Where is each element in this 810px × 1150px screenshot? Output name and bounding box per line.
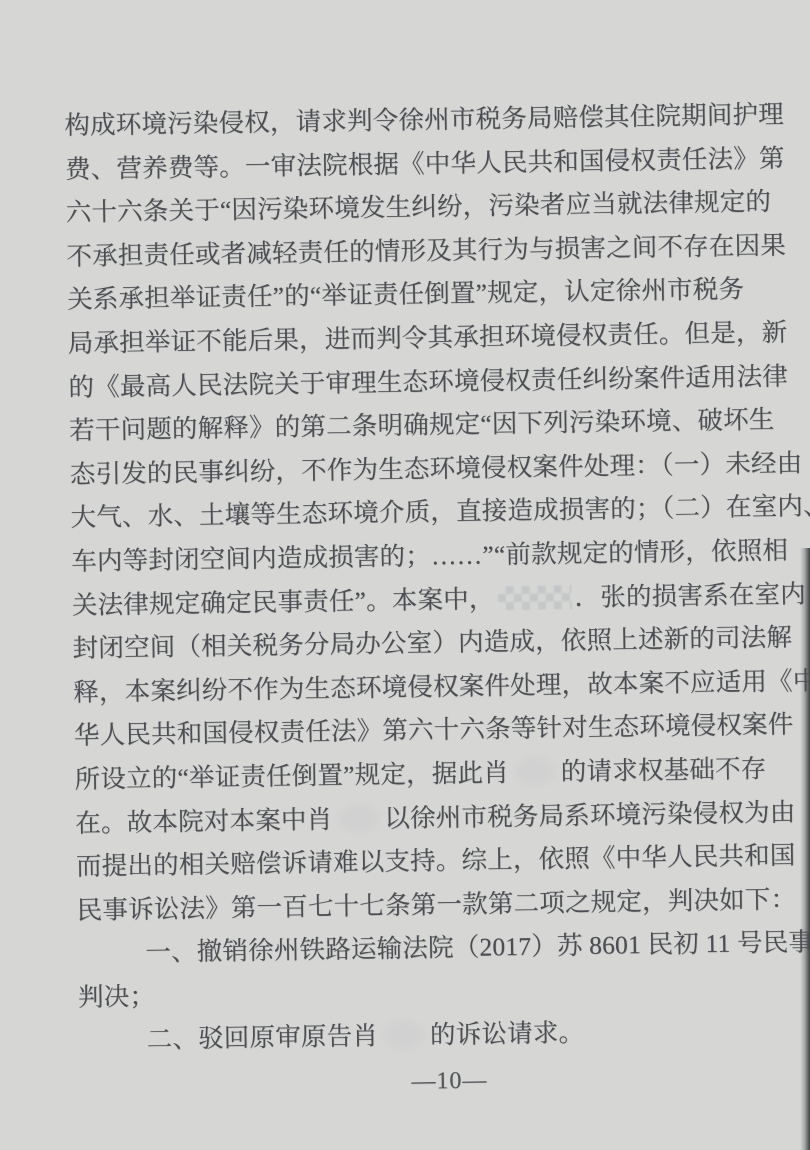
text-segment: 关法律规定确定民事责任”。本案中， — [72, 584, 495, 620]
text-segment: ．张的损害系在室内 — [574, 579, 806, 612]
text-segment: 局承担举证不能后果，进而判令其承担环境侵权责任。但是，新 — [68, 318, 788, 358]
text-segment: 态引发的民事纠纷，不作为生态环境侵权案件处理：（一）未经由 — [70, 448, 803, 489]
text-segment: 华人民共和国侵权责任法》第六十六条等针对生态环境侵权案件 — [74, 710, 794, 750]
text-segment: 构成环境污染侵权，请求判令徐州市税务局赔偿其住院期间护理 — [64, 100, 784, 140]
redacted-name-mosaic — [497, 585, 571, 610]
text-segment: 关系承担举证责任”的“举证责任倒置”规定，认定徐州市税务 — [67, 275, 744, 315]
text-segment: 所设立的“举证责任倒置”规定，据此肖 — [74, 758, 509, 794]
text-segment: 的请求权基础不存 — [561, 754, 767, 786]
text-segment: 的诉讼请求。 — [430, 1018, 585, 1049]
text-segment: 不承担责任或者减轻责任的情形及其行为与损害之间不存在因果 — [66, 230, 786, 270]
text-segment: 而提出的相关赔偿诉请难以支持。综上，依照《中华人民共和国 — [76, 841, 796, 881]
text-segment: 大气、水、土壤等生态环境介质，直接造成损害的；（二）在室内、 — [70, 491, 810, 532]
text-segment: 二、驳回原审原告肖 — [146, 1022, 378, 1055]
text-segment: 民事诉讼法》第一百七十七条第一款第二项之规定，判决如下： — [76, 884, 796, 924]
text-segment: 若干问题的解释》的第二条明确规定“因下列污染环境、破坏生 — [69, 405, 775, 445]
document-page: 构成环境污染侵权，请求判令徐州市税务局赔偿其住院期间护理费、营养费等。一审法院根… — [0, 0, 810, 1150]
text-segment: 释，本案纠纷不作为生态环境侵权案件处理，故本案不应适用《中 — [73, 666, 810, 707]
text-segment: 六十六条关于“因污染环境发生纠纷，污染者应当就法律规定的 — [65, 187, 771, 227]
text-segment: 在。故本院对本案中肖 — [75, 804, 332, 837]
redacted-name-blur — [333, 799, 384, 838]
text-segment: 封闭空间（相关税务分局办公室）内造成，依照上述新的司法解 — [72, 623, 792, 663]
page-number: —10— — [79, 1058, 810, 1104]
document-body: 构成环境污染侵权，请求判令徐州市税务局赔偿其住院期间护理费、营养费等。一审法院根… — [64, 92, 810, 1104]
text-segment: 一、撤销徐州铁路运输法院（2017）苏 8601 民初 11 号民事 — [145, 928, 810, 968]
text-segment: 费、营养费等。一审法院根据《中华人民共和国侵权责任法》第 — [65, 143, 785, 183]
text-segment: 以徐州市税务局系环境污染侵权为由 — [384, 797, 796, 832]
text-segment: 车内等封闭空间内造成损害的；……”“前款规定的情形，依照相 — [71, 536, 788, 576]
redacted-name-blur — [379, 1016, 430, 1055]
text-segment: 的《最高人民法院关于审理生态环境侵权责任纠纷案件适用法律 — [68, 361, 788, 401]
redacted-name-blur — [509, 752, 560, 791]
text-segment: 判决； — [78, 982, 156, 1012]
